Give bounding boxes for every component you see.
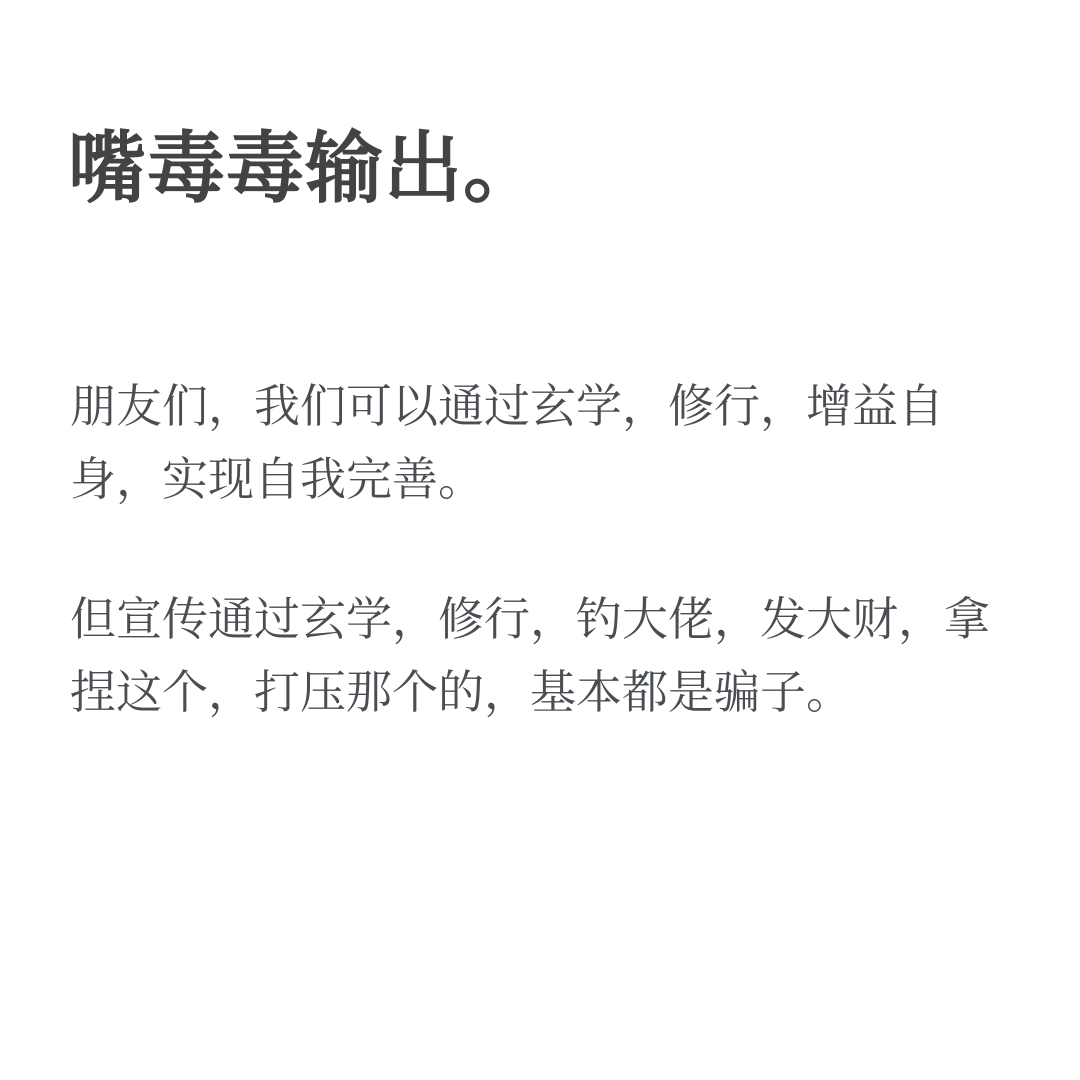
paragraph-1: 朋友们，我们可以通过玄学，修行，增益自 身，实现自我完善。 — [70, 370, 1020, 516]
page-title: 嘴毒毒输出。 — [68, 118, 542, 218]
body-text: 朋友们，我们可以通过玄学，修行，增益自 身，实现自我完善。 但宣传通过玄学，修行… — [70, 370, 1020, 729]
text-card: 嘴毒毒输出。 朋友们，我们可以通过玄学，修行，增益自 身，实现自我完善。 但宣传… — [0, 0, 1080, 1080]
paragraph-2-line-2: 捏这个，打压那个的，基本都是骗子。 — [70, 656, 1020, 729]
paragraph-1-line-2: 身，实现自我完善。 — [70, 443, 1020, 516]
paragraph-2: 但宣传通过玄学，修行，钓大佬，发大财，拿 捏这个，打压那个的，基本都是骗子。 — [70, 583, 1020, 729]
paragraph-2-line-1: 但宣传通过玄学，修行，钓大佬，发大财，拿 — [70, 583, 1020, 656]
paragraph-1-line-1: 朋友们，我们可以通过玄学，修行，增益自 — [70, 370, 1020, 443]
